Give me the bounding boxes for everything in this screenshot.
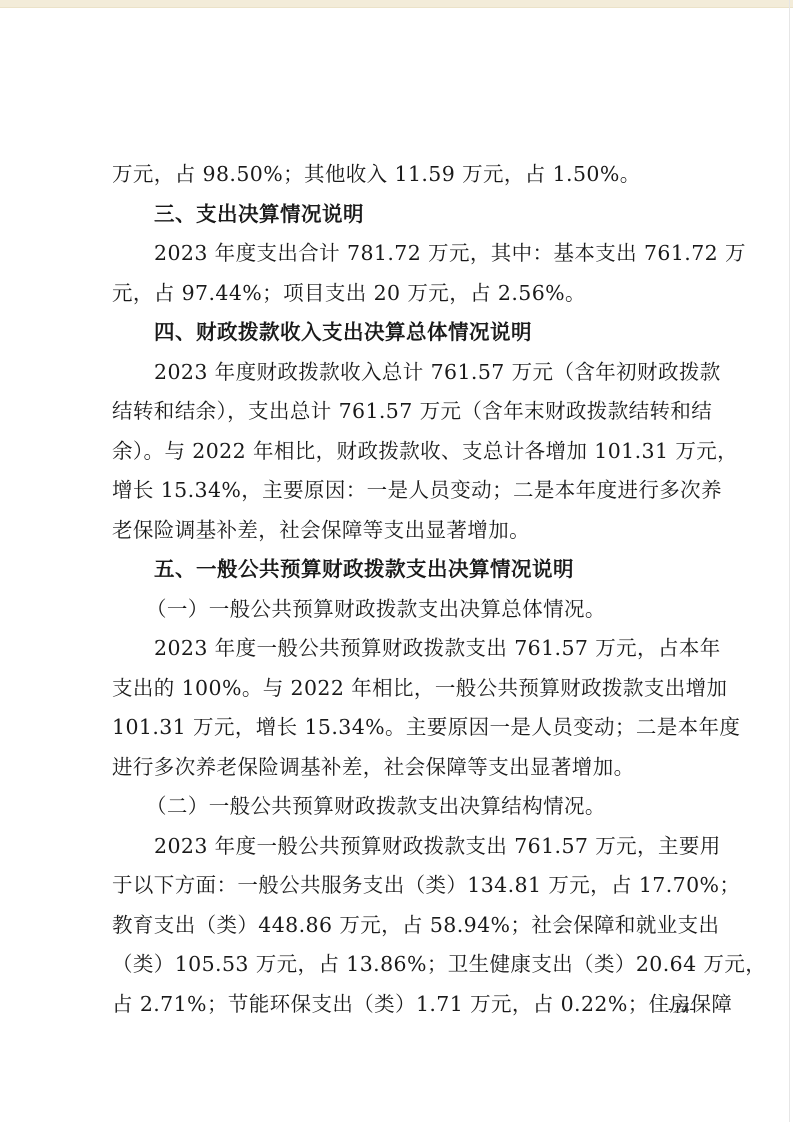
document-body: 万元，占 98.50%；其他收入 11.59 万元，占 1.50%。 三、支出决… — [112, 155, 694, 1024]
paragraph-line: 支出的 100%。与 2022 年相比，一般公共预算财政拨款支出增加 — [112, 669, 694, 709]
paragraph-line: 增长 15.34%，主要原因：一是人员变动；二是本年度进行多次养 — [112, 471, 694, 511]
scan-right-edge — [789, 0, 790, 1122]
paragraph-line: 老保险调基补差，社会保障等支出显著增加。 — [112, 511, 694, 551]
scan-top-band — [0, 0, 793, 8]
paragraph-line: 2023 年度支出合计 781.72 万元，其中：基本支出 761.72 万 — [112, 234, 694, 274]
section-heading-expenditure: 三、支出决算情况说明 — [112, 195, 694, 235]
paragraph-line: 2023 年度一般公共预算财政拨款支出 761.57 万元，占本年 — [112, 629, 694, 669]
paragraph-line: （类）105.53 万元，占 13.86%；卫生健康支出（类）20.64 万元， — [112, 945, 694, 985]
subsection-heading-structure: （二）一般公共预算财政拨款支出决算结构情况。 — [112, 787, 694, 827]
paragraph-line: 教育支出（类）448.86 万元，占 58.94%；社会保障和就业支出 — [112, 906, 694, 946]
paragraph-line: 101.31 万元，增长 15.34%。主要原因一是人员变动；二是本年度 — [112, 708, 694, 748]
paragraph-line: 余）。与 2022 年相比，财政拨款收、支总计各增加 101.31 万元， — [112, 432, 694, 472]
paragraph-line: 2023 年度一般公共预算财政拨款支出 761.57 万元，主要用 — [112, 827, 694, 867]
paragraph-line: 2023 年度财政拨款收入总计 761.57 万元（含年初财政拨款 — [112, 353, 694, 393]
subsection-heading-overall: （一）一般公共预算财政拨款支出决算总体情况。 — [112, 590, 694, 630]
paragraph-line: 于以下方面：一般公共服务支出（类）134.81 万元，占 17.70%； — [112, 866, 694, 906]
paragraph-line: 元，占 97.44%；项目支出 20 万元，占 2.56%。 — [112, 274, 694, 314]
paragraph-line: 占 2.71%；节能环保支出（类）1.71 万元，占 0.22%；住房保障 — [112, 985, 694, 1025]
section-heading-fiscal-overview: 四、财政拨款收入支出决算总体情况说明 — [112, 313, 694, 353]
paragraph-line: 进行多次养老保险调基补差，社会保障等支出显著增加。 — [112, 748, 694, 788]
section-heading-general-budget: 五、一般公共预算财政拨款支出决算情况说明 — [112, 550, 694, 590]
paragraph-line-income-end: 万元，占 98.50%；其他收入 11.59 万元，占 1.50%。 — [112, 155, 694, 195]
paragraph-line: 结转和结余），支出总计 761.57 万元（含年末财政拨款结转和结 — [112, 392, 694, 432]
page-number: -14- — [668, 1000, 695, 1018]
